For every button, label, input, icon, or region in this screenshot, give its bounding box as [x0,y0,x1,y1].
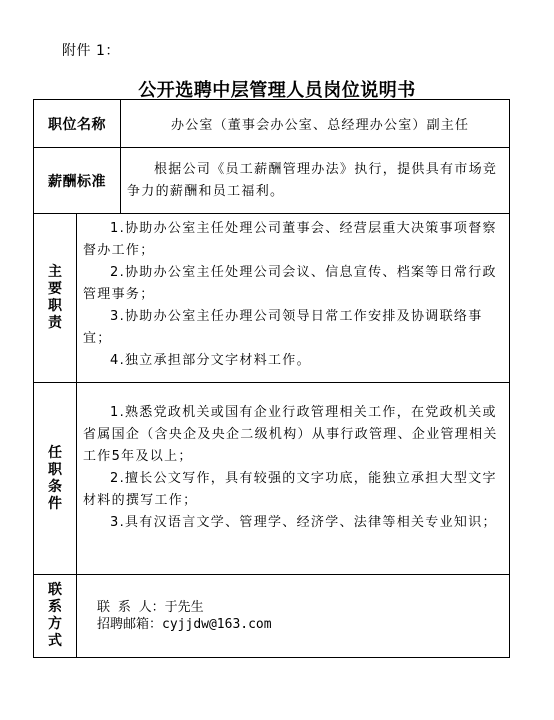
requirement-item: 3.具有汉语言文学、管理学、经济学、法律等相关专业知识； [83,512,503,534]
contact-label-char: 式 [34,633,76,650]
contact-label: 联 系 方 式 [34,575,77,658]
contact-value: 联 系 人：于先生 招聘邮箱：cyjjdw@163.com [77,575,510,658]
duties-value: 1.协助办公室主任处理公司董事会、经营层重大决策事项督察督办工作； 2.协助办公… [77,214,510,383]
contact-email-label: 招聘邮箱： [97,617,162,632]
requirement-item: 2.擅长公文写作，具有较强的文字功底，能独立承担大型文字材料的撰写工作； [83,468,503,512]
duty-item: 4.独立承担部分文字材料工作。 [83,350,503,372]
requirements-label-char: 职 [34,462,76,479]
row-salary: 薪酬标准 根据公司《员工薪酬管理办法》执行，提供具有市场竞争力的薪酬和员工福利。 [34,148,510,214]
attachment-label: 附件 1： [62,40,120,60]
salary-value: 根据公司《员工薪酬管理办法》执行，提供具有市场竞争力的薪酬和员工福利。 [121,148,510,214]
contact-person: 于先生 [165,600,204,615]
position-value-text: 办公室（董事会办公室、总经理办公室）副主任 [121,114,509,133]
duties-label-char: 主 [34,264,76,281]
contact-label-char: 方 [34,616,76,633]
duties-label: 主 要 职 责 [34,214,77,383]
requirements-label-char: 件 [34,496,76,513]
contact-person-label: 联 系 人： [97,600,165,615]
row-position: 职位名称 办公室（董事会办公室、总经理办公室）副主任 [34,100,510,148]
contact-person-line: 联 系 人：于先生 [97,599,509,616]
row-duties: 主 要 职 责 1.协助办公室主任处理公司董事会、经营层重大决策事项督察督办工作… [34,214,510,383]
job-description-table: 职位名称 办公室（董事会办公室、总经理办公室）副主任 薪酬标准 根据公司《员工薪… [33,99,510,658]
position-value: 办公室（董事会办公室、总经理办公室）副主任 [121,100,510,148]
requirement-item: 1.熟悉党政机关或国有企业行政管理相关工作，在党政机关或省属国企（含央企及央企二… [83,402,503,468]
requirements-label-char: 条 [34,479,76,496]
requirements-label-char: 任 [34,445,76,462]
duties-label-char: 责 [34,315,76,332]
duties-label-char: 要 [34,281,76,298]
contact-email[interactable]: cyjjdw@163.com [162,617,272,632]
requirements-value: 1.熟悉党政机关或国有企业行政管理相关工作，在党政机关或省属国企（含央企及央企二… [77,383,510,575]
contact-label-char: 系 [34,599,76,616]
contact-email-line: 招聘邮箱：cyjjdw@163.com [97,616,509,633]
requirements-label: 任 职 条 件 [34,383,77,575]
duty-item: 3.协助办公室主任办理公司领导日常工作安排及协调联络事宜； [83,306,503,350]
duties-label-char: 职 [34,298,76,315]
duty-item: 2.协助办公室主任处理公司会议、信息宣传、档案等日常行政管理事务； [83,262,503,306]
contact-label-char: 联 [34,582,76,599]
duty-item: 1.协助办公室主任处理公司董事会、经营层重大决策事项督察督办工作； [83,218,503,262]
position-label: 职位名称 [34,100,121,148]
row-requirements: 任 职 条 件 1.熟悉党政机关或国有企业行政管理相关工作，在党政机关或省属国企… [34,383,510,575]
row-contact: 联 系 方 式 联 系 人：于先生 招聘邮箱：cyjjdw@163.com [34,575,510,658]
salary-text: 根据公司《员工薪酬管理办法》执行，提供具有市场竞争力的薪酬和员工福利。 [127,159,503,203]
salary-label: 薪酬标准 [34,148,121,214]
